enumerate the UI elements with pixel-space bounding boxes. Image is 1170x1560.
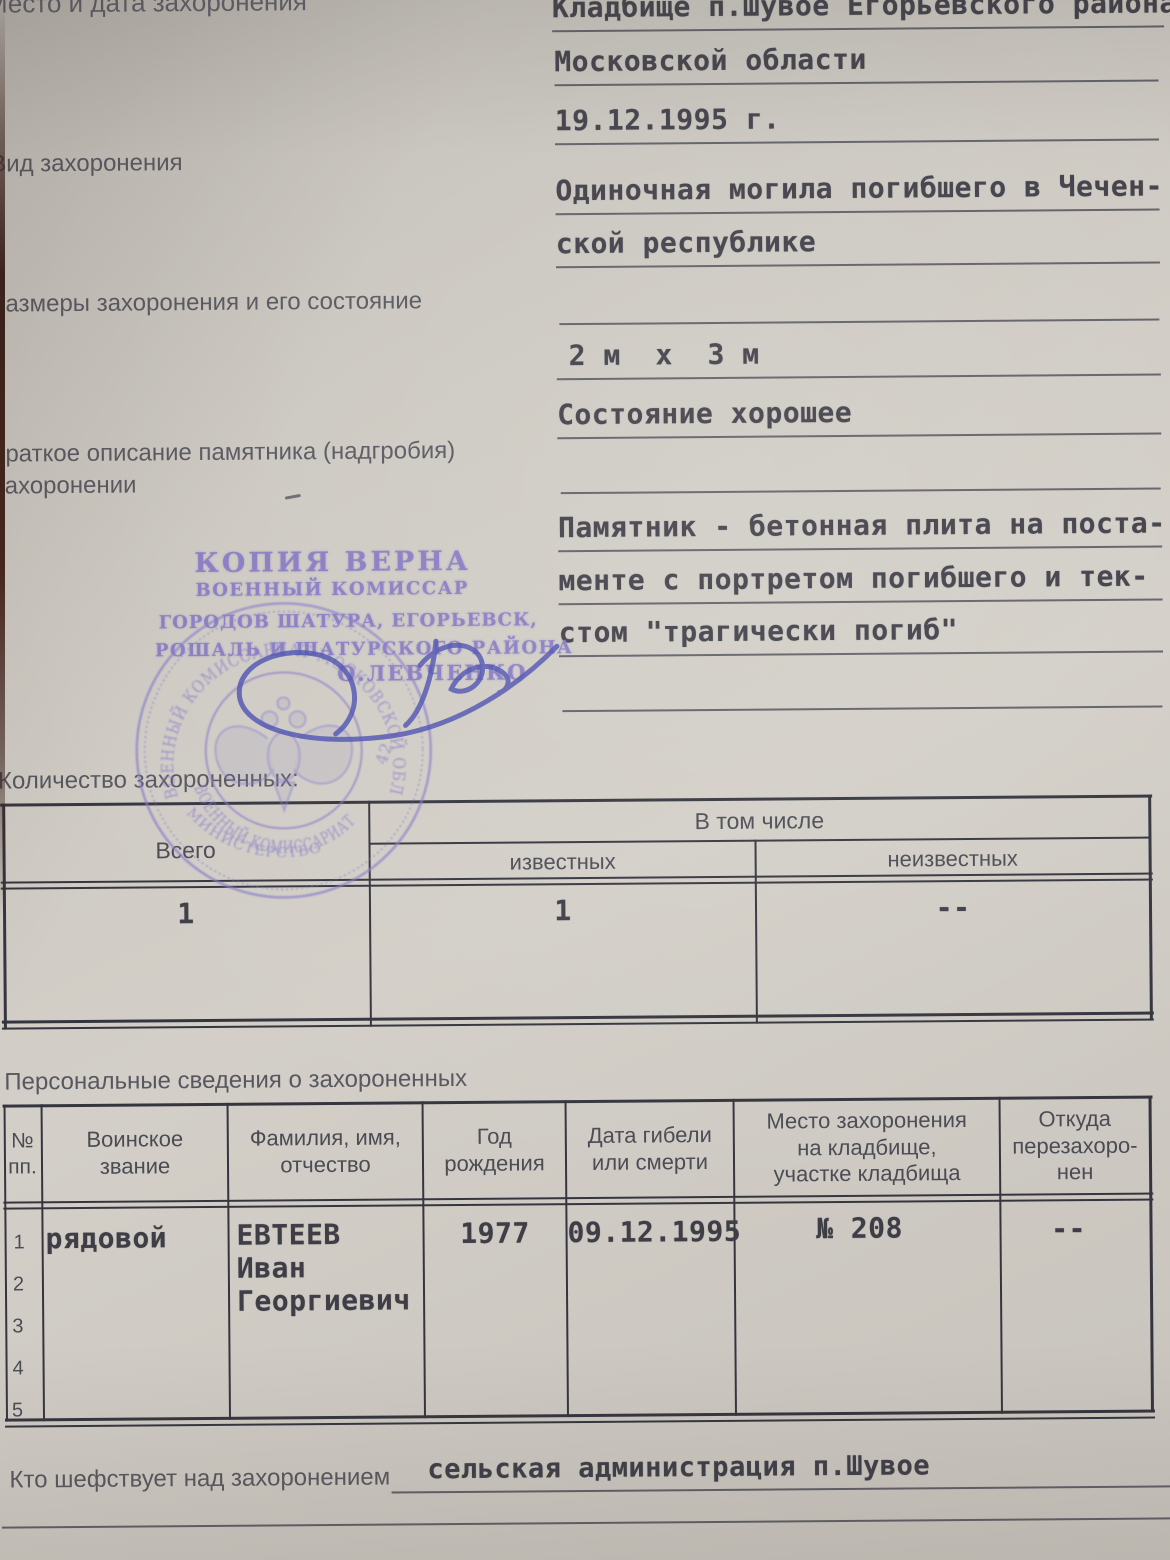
condition-text: Состояние хорошее (557, 396, 852, 437)
value-line-burial-date: 19.12.1995 г. (555, 96, 1159, 145)
patron-label: Кто шефствует над захоронением (9, 1464, 390, 1495)
counts-value-unknown: -- (757, 890, 1149, 926)
person-death-date: 09.12.1995 (567, 1215, 741, 1249)
persons-table-border-right (1148, 1096, 1153, 1413)
patron-value-text: сельская администрация п.Шувое (391, 1450, 930, 1491)
field-label-monument-desc-line1: Краткое описание памятника (надгробия) (0, 437, 455, 469)
persons-header-place: Место захоронения на кладбище, участке к… (735, 1103, 1000, 1193)
value-line-monument-3: стом "трагически погиб" (559, 608, 1163, 657)
person-reburied-from: -- (1001, 1212, 1135, 1246)
persons-rownum-4: 4 (13, 1357, 24, 1380)
person-rank: рядовой (45, 1221, 167, 1255)
burial-type-text-2: ской республике (556, 225, 817, 266)
footer-blank-ruled-line (2, 1517, 1170, 1528)
monument-text-1: Памятник - бетонная плита на поста- (558, 506, 1166, 550)
persons-header-num: № пп. (4, 1110, 42, 1198)
field-label-place-date: Место и дата захоронения (0, 0, 307, 20)
monument-text-3: стом "трагически погиб" (559, 613, 959, 655)
value-line-monument-2: менте с портретом погибшего и тек- (558, 556, 1162, 605)
document-photo: Место и дата захоронения Вид захоронения… (0, 0, 1170, 1560)
value-line-cemetery: Кладбище п.Шувое Егорьевского района (552, 0, 1164, 32)
person-full-name: ЕВТЕЕВ Иван Георгиевич (236, 1217, 410, 1317)
value-line-burial-type-1: Одиночная могила погибшего в Чечен- (555, 166, 1159, 215)
persons-rownum-3: 3 (12, 1315, 23, 1338)
persons-rownum-2: 2 (13, 1273, 24, 1296)
burial-type-text-1: Одиночная могила погибшего в Чечен- (555, 169, 1163, 213)
cemetery-text: Кладбище п.Шувое Егорьевского района (552, 0, 1170, 30)
persons-rownum-1: 1 (14, 1231, 25, 1254)
field-label-burial-type: Вид захоронения (0, 149, 183, 179)
field-label-monument-desc-line2: захоронении (0, 472, 137, 501)
persons-header-birth: Год рождения (424, 1106, 566, 1195)
value-line-region: Московской области (554, 37, 1158, 86)
monument-text-2: менте с портретом погибшего и тек- (558, 560, 1148, 604)
stamp-copy-valid-text: КОПИЯ ВЕРНА (194, 546, 471, 579)
persons-section-label: Персональные сведения о захороненных (4, 1065, 467, 1097)
field-label-size-condition: Размеры захоронения и его состояние (0, 287, 422, 318)
persons-header-reburied: Откуда перезахоро- нен (1001, 1102, 1150, 1191)
blank-ruled-line-3 (562, 663, 1162, 712)
value-line-burial-type-2: ской республике (556, 219, 1160, 268)
photo-left-edge (0, 0, 5, 920)
value-line-monument-1: Памятник - бетонная плита на поста- (558, 503, 1162, 552)
person-grave-place: № 208 (735, 1211, 983, 1246)
size-text: 2 м х 3 м (557, 338, 760, 379)
blank-ruled-line-2 (560, 445, 1160, 494)
counts-header-unknown: неизвестных (757, 844, 1149, 875)
counts-header-including: В том числе (370, 802, 1148, 840)
person-birth-year: 1977 (424, 1216, 565, 1250)
persons-header-rank: Воинское звание (43, 1109, 228, 1198)
handwritten-signature (189, 612, 590, 765)
persons-header-name: Фамилия, имя, отчество (229, 1107, 423, 1197)
region-text: Московской области (554, 43, 867, 84)
persons-header-death: Дата гибели или смерти (567, 1105, 734, 1194)
stamp-commissar-text: ВОЕННЫЙ КОМИССАР (195, 578, 469, 601)
patron-value-line: сельская администрация п.Шувое (391, 1443, 1170, 1493)
blank-ruled-line-1 (559, 276, 1159, 325)
stray-pen-mark (285, 494, 301, 499)
burial-date-text: 19.12.1995 г. (555, 102, 781, 143)
persons-rownum-5: 5 (12, 1399, 23, 1422)
value-line-size: 2 м х 3 м (557, 331, 1161, 380)
document-page: Место и дата захоронения Вид захоронения… (0, 0, 1170, 1560)
value-line-condition: Состояние хорошее (557, 390, 1161, 439)
